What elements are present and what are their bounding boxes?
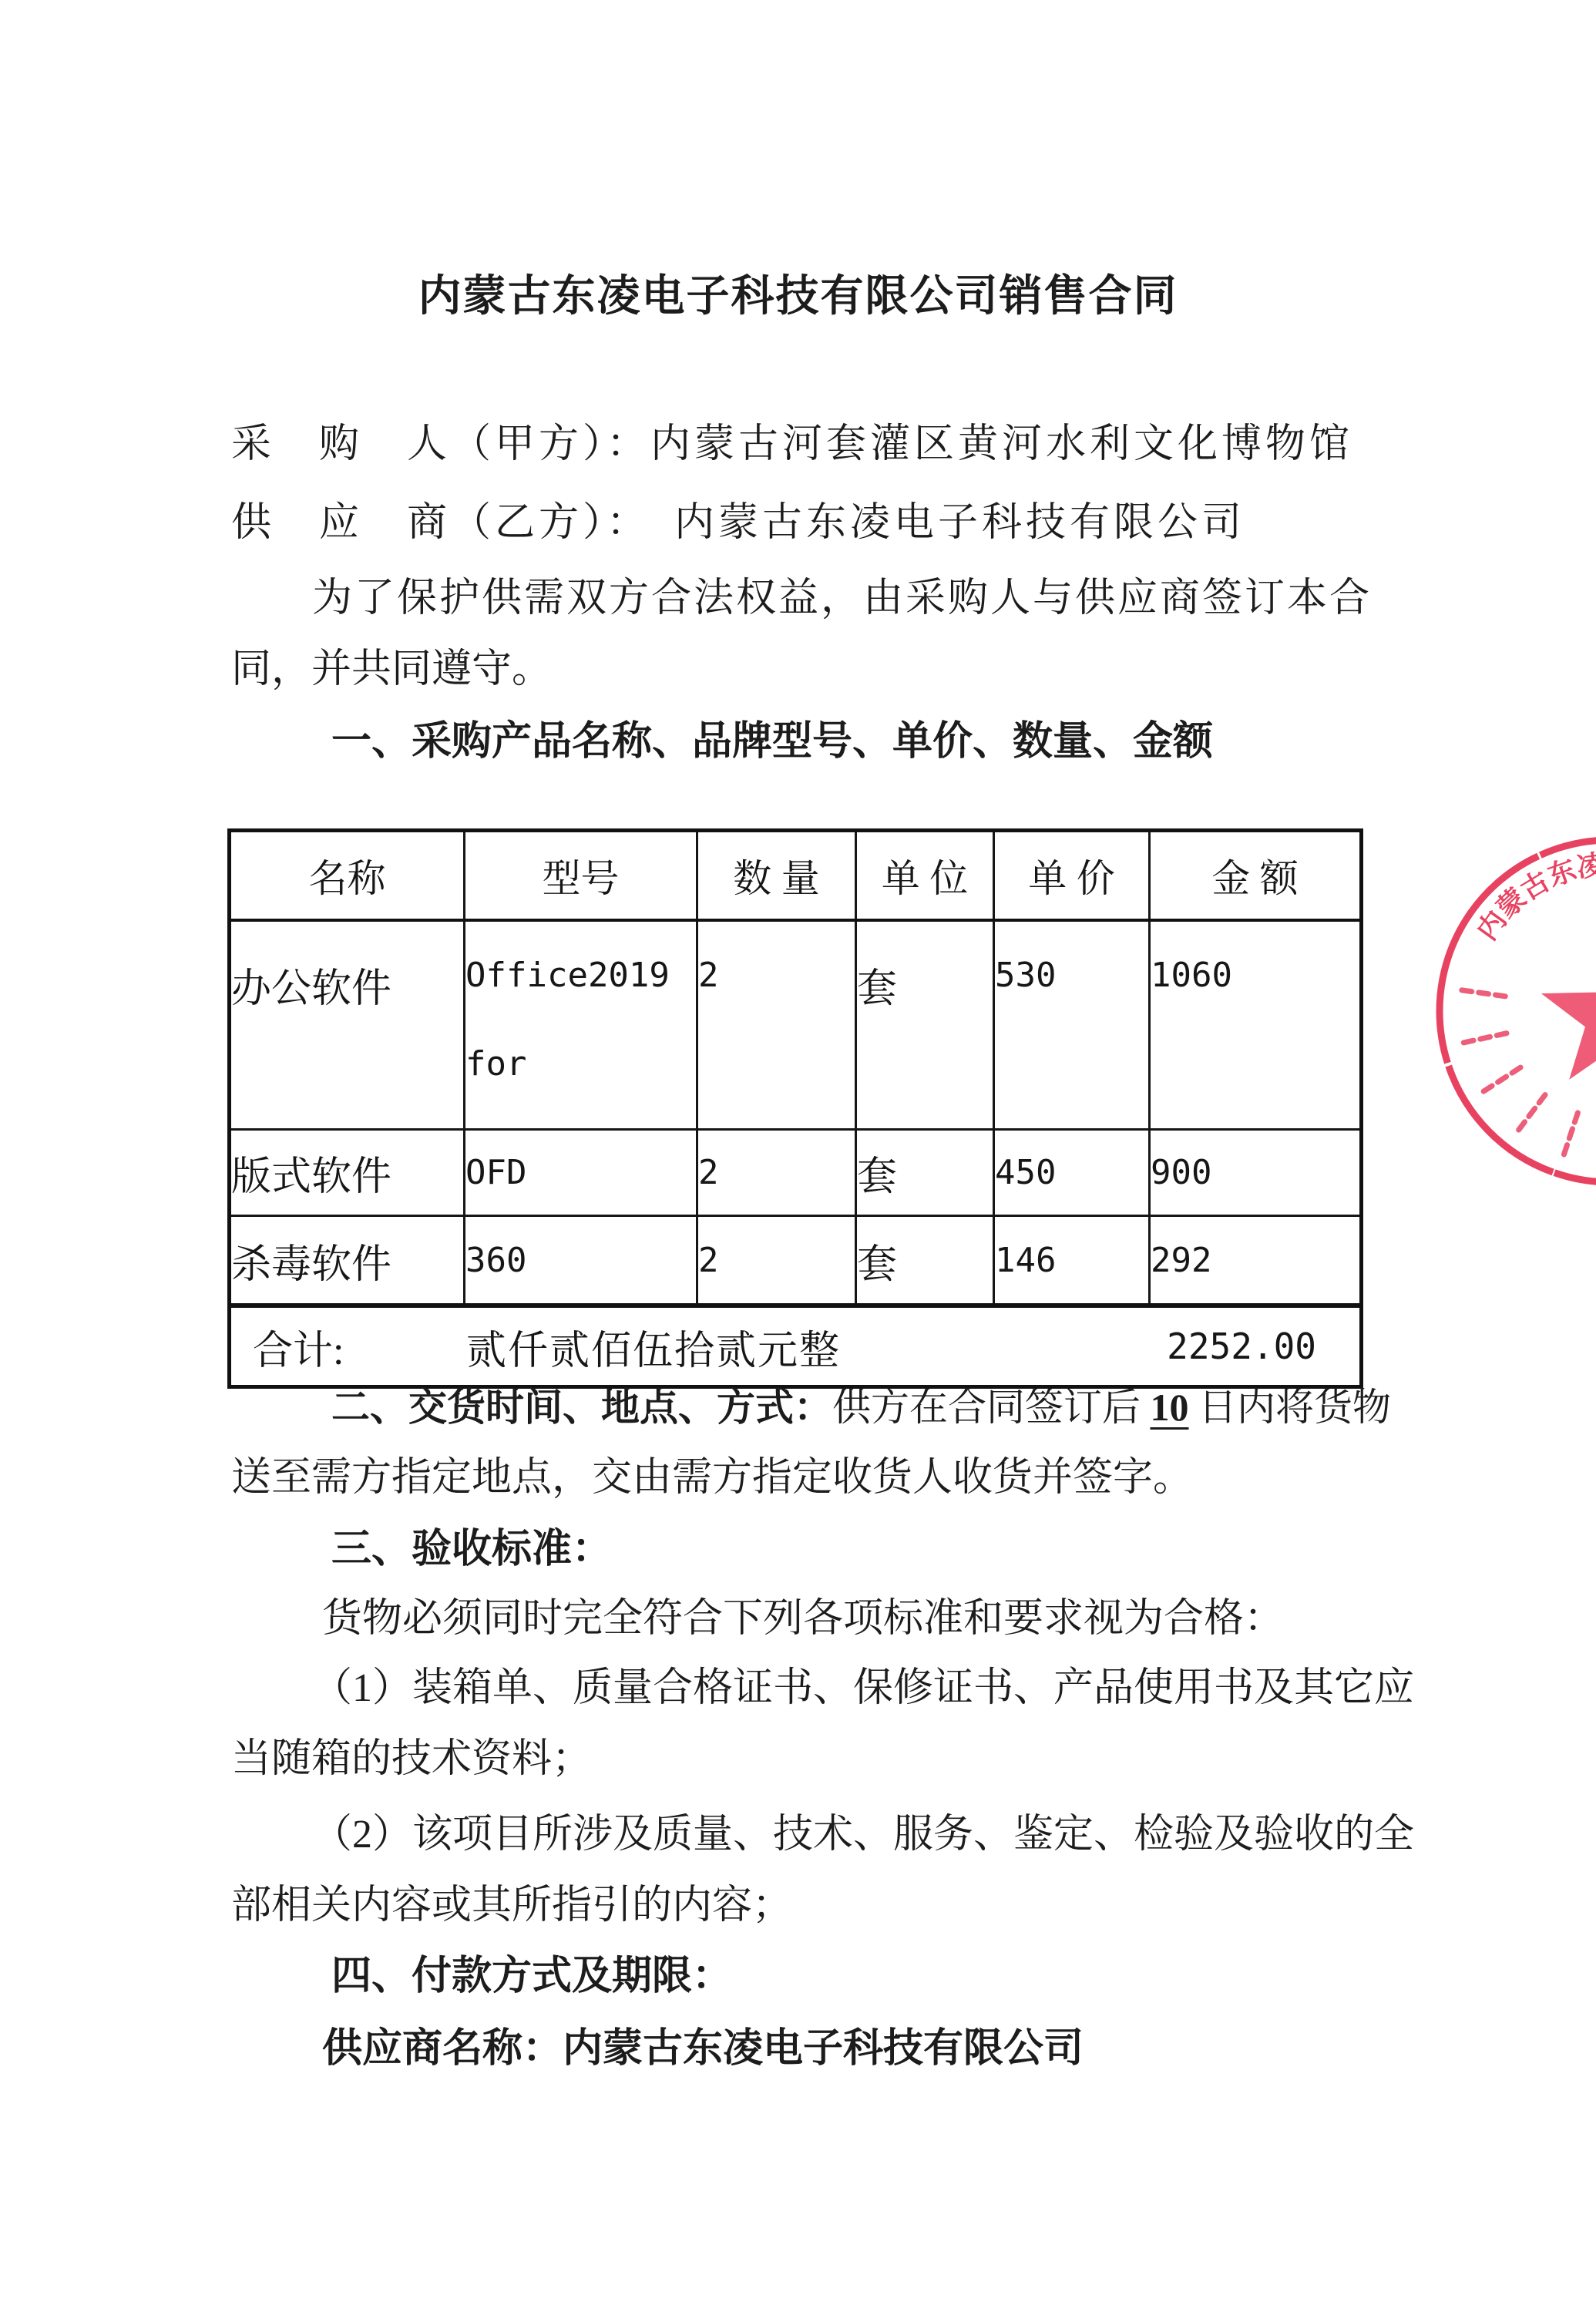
cell-qty: 2 — [697, 1130, 856, 1216]
cell-name: 版式软件 — [230, 1130, 465, 1216]
cell-unit: 套 — [856, 1130, 994, 1216]
cell-price: 530 — [994, 920, 1150, 1130]
total-cell: 合计: 贰仟贰佰伍拾贰元整 2252.00 — [230, 1306, 1362, 1387]
seal-star-icon — [1541, 940, 1596, 1080]
table-header-row: 名称 型号 数 量 单 位 单 价 金 额 — [230, 831, 1362, 921]
header-name: 名称 — [230, 831, 465, 921]
header-price: 单 价 — [994, 831, 1150, 921]
section3-paragraph: 货物必须同时完全符合下列各项标准和要求视为合格： — [231, 1595, 1478, 1643]
cell-amount: 1060 — [1150, 920, 1362, 1130]
section2-line-1: 二、交货时间、地点、方式：供方在合同签订后 10 日内将货物 — [231, 1383, 1487, 1431]
section2-body-after: 日内将货物 — [1189, 1386, 1392, 1429]
cell-unit: 套 — [856, 920, 994, 1130]
section3-item2-line-1: （2）该项目所涉及质量、技术、服务、鉴定、检验及验收的全 — [231, 1811, 1468, 1859]
section2-heading: 二、交货时间、地点、方式： — [331, 1386, 832, 1429]
total-label: 合计: — [253, 1318, 466, 1376]
supplier-line: 供 应 商（乙方）： 内蒙古东凌电子科技有限公司 — [231, 499, 1387, 547]
header-amount: 金 额 — [1150, 831, 1362, 921]
header-unit: 单 位 — [856, 831, 994, 921]
cell-model: 360 — [465, 1216, 697, 1306]
cell-amount: 900 — [1150, 1130, 1362, 1216]
total-amount-in-words: 贰仟贰佰伍拾贰元整 — [466, 1318, 841, 1376]
buyer-line: 采 购 人（甲方）：内蒙古河套灌区黄河水利文化博物馆 — [231, 421, 1387, 469]
table-row: 办公软件 Office2019 for 2 套 530 1060 — [230, 920, 1362, 1130]
section4-heading: 四、付款方式及期限： — [231, 1953, 1487, 2001]
intro-line-2: 同，并共同遵守。 — [231, 646, 1387, 694]
total-amount-numeric: 2252.00 — [1167, 1326, 1316, 1367]
section3-heading: 三、验收标准： — [231, 1526, 1487, 1574]
products-table: 名称 型号 数 量 单 位 单 价 金 额 办公软件 Office2019 fo… — [227, 828, 1363, 1389]
section3-item1-line-2: 当随箱的技术资料； — [231, 1736, 1387, 1783]
cell-qty: 2 — [697, 920, 856, 1130]
supplier-label: 供 应 商（乙方）： — [231, 501, 630, 545]
cell-price: 450 — [994, 1130, 1150, 1216]
cell-unit: 套 — [856, 1216, 994, 1306]
header-model: 型号 — [465, 831, 697, 921]
buyer-label: 采 购 人（甲方）： — [231, 422, 650, 466]
contract-page: 内蒙古东凌电子科技有限公司销售合同 采 购 人（甲方）：内蒙古河套灌区黄河水利文… — [0, 0, 1596, 2312]
section2-line-2: 送至需方指定地点，交由需方指定收货人收货并签字。 — [231, 1454, 1387, 1502]
table-row: 版式软件 OFD 2 套 450 900 — [230, 1130, 1362, 1216]
supplier-name-line: 供应商名称：内蒙古东凌电子科技有限公司 — [231, 2025, 1478, 2073]
delivery-days-value: 10 — [1151, 1386, 1189, 1429]
model-line-2: for — [465, 1044, 696, 1084]
cell-name: 办公软件 — [230, 920, 465, 1130]
section1-heading: 一、采购产品名称、品牌型号、单价、数量、金额 — [231, 718, 1487, 766]
cell-model: OFD — [465, 1130, 697, 1216]
buyer-value: 内蒙古河套灌区黄河水利文化博物馆 — [650, 422, 1353, 466]
cell-qty: 2 — [697, 1216, 856, 1306]
cell-name: 杀毒软件 — [230, 1216, 465, 1306]
seal-arc-text: 内蒙古东凌电子科技有限公司 — [1471, 849, 1596, 1013]
table-row: 杀毒软件 360 2 套 146 292 — [230, 1216, 1362, 1306]
page-title: 内蒙古东凌电子科技有限公司销售合同 — [0, 262, 1596, 324]
section3-item2-line-2: 部相关内容或其所指引的内容； — [231, 1882, 1387, 1930]
cell-model: Office2019 for — [465, 920, 697, 1130]
section2-body-before: 供方在合同签订后 — [832, 1386, 1151, 1429]
header-qty: 数 量 — [697, 831, 856, 921]
intro-line-1: 为了保护供需双方合法权益，由采购人与供应商签订本合 — [231, 575, 1468, 623]
cell-price: 146 — [994, 1216, 1150, 1306]
model-line-1: Office2019 — [465, 956, 696, 995]
svg-text:内蒙古东凌电子科技有限公司: 内蒙古东凌电子科技有限公司 — [1471, 849, 1596, 1013]
section3-item1-line-1: （1）装箱单、质量合格证书、保修证书、产品使用书及其它应 — [231, 1665, 1468, 1712]
table-total-row: 合计: 贰仟贰佰伍拾贰元整 2252.00 — [230, 1306, 1362, 1387]
supplier-value: 内蒙古东凌电子科技有限公司 — [630, 501, 1245, 545]
cell-amount: 292 — [1150, 1216, 1362, 1306]
company-seal-stamp: 内蒙古东凌电子科技有限公司 — [1418, 813, 1596, 1214]
